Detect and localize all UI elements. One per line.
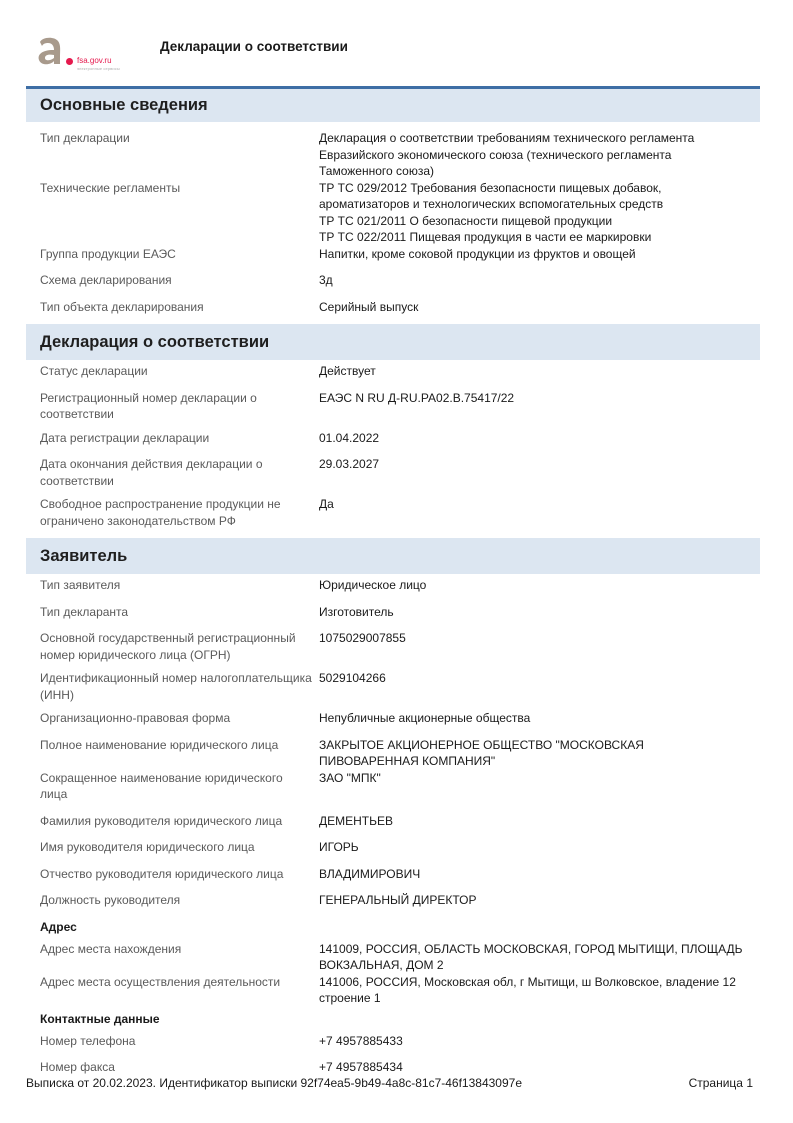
field-free-distribution: Свободное распространение продукции не о… (26, 496, 760, 529)
page-header: fsa.gov.ru электронные сервисы Деклараци… (0, 0, 793, 86)
field-legal-address: Адрес места нахождения 141009, РОССИЯ, О… (26, 941, 760, 974)
field-declaration-scheme: Схема декларирования 3д (26, 272, 760, 289)
field-value: Изготовитель (319, 604, 760, 621)
field-label: Статус декларации (26, 363, 319, 380)
logo-dot-icon (66, 58, 73, 65)
field-head-position: Должность руководителя ГЕНЕРАЛЬНЫЙ ДИРЕК… (26, 892, 760, 909)
address-subheader: Адрес (26, 919, 760, 935)
field-legal-form: Организационно-правовая форма Непубличны… (26, 710, 760, 727)
fsa-logo: fsa.gov.ru электронные сервисы (36, 36, 132, 72)
field-value: ЗАО "МПК" (319, 770, 760, 803)
field-value: ЕАЭС N RU Д-RU.РА02.В.75417/22 (319, 390, 760, 423)
field-label: Группа продукции ЕАЭС (26, 246, 319, 263)
field-label: Свободное распространение продукции не о… (26, 496, 319, 529)
page-footer: Выписка от 20.02.2023. Идентификатор вып… (26, 1076, 753, 1090)
extract-info: Выписка от 20.02.2023. Идентификатор вып… (26, 1076, 522, 1090)
field-label: Тип объекта декларирования (26, 299, 319, 316)
field-value: 5029104266 (319, 670, 760, 703)
field-label: Тип декларанта (26, 604, 319, 621)
field-label: Адрес места осуществления деятельности (26, 974, 319, 1007)
field-value: Декларация о соответствии требованиям те… (319, 130, 760, 180)
field-label: Должность руководителя (26, 892, 319, 909)
field-object-type: Тип объекта декларирования Серийный выпу… (26, 299, 760, 316)
field-value: 1075029007855 (319, 630, 760, 663)
field-value: Напитки, кроме соковой продукции из фрук… (319, 246, 760, 263)
field-label: Адрес места нахождения (26, 941, 319, 974)
field-ogrn: Основной государственный регистрационный… (26, 630, 760, 663)
section-applicant-header: Заявитель (26, 538, 760, 574)
field-label: Идентификационный номер налогоплательщик… (26, 670, 319, 703)
field-value: 141006, РОССИЯ, Московская обл, г Мытищи… (319, 974, 760, 1007)
field-label: Тип заявителя (26, 577, 319, 594)
field-label: Имя руководителя юридического лица (26, 839, 319, 856)
section-basic-info-header: Основные сведения (26, 86, 760, 122)
field-value: 3д (319, 272, 760, 289)
regulation-item: ТР ТС 029/2012 Требования безопасности п… (319, 180, 746, 213)
contacts-subheader: Контактные данные (26, 1011, 760, 1027)
logo-subtitle: электронные сервисы (77, 66, 120, 71)
logo-site-text: fsa.gov.ru (77, 56, 112, 66)
field-label: Сокращенное наименование юридического ли… (26, 770, 319, 803)
fsa-logo-mark-icon (36, 36, 64, 66)
field-label: Дата регистрации декларации (26, 430, 319, 447)
field-label: Номер факса (26, 1059, 319, 1076)
field-label: Технические регламенты (26, 180, 319, 246)
field-value: +7 4957885434 (319, 1059, 760, 1076)
field-label: Отчество руководителя юридического лица (26, 866, 319, 883)
field-value: 01.04.2022 (319, 430, 760, 447)
field-head-surname: Фамилия руководителя юридического лица Д… (26, 813, 760, 830)
field-short-name: Сокращенное наименование юридического ли… (26, 770, 760, 803)
field-declaration-type: Тип декларации Декларация о соответствии… (26, 130, 760, 180)
field-applicant-type: Тип заявителя Юридическое лицо (26, 577, 760, 594)
field-label: Фамилия руководителя юридического лица (26, 813, 319, 830)
field-value: Серийный выпуск (319, 299, 760, 316)
field-full-name: Полное наименование юридического лица ЗА… (26, 737, 760, 770)
field-value: +7 4957885433 (319, 1033, 760, 1050)
field-declaration-status: Статус декларации Действует (26, 363, 760, 380)
field-activity-address: Адрес места осуществления деятельности 1… (26, 974, 760, 1007)
field-phone: Номер телефона +7 4957885433 (26, 1033, 760, 1050)
field-value: Непубличные акционерные общества (319, 710, 760, 727)
field-value: ГЕНЕРАЛЬНЫЙ ДИРЕКТОР (319, 892, 760, 909)
field-technical-regulations: Технические регламенты ТР ТС 029/2012 Тр… (26, 180, 760, 246)
field-inn: Идентификационный номер налогоплательщик… (26, 670, 760, 703)
document-body: Основные сведения Тип декларации Деклара… (26, 86, 760, 1076)
field-value: ЗАКРЫТОЕ АКЦИОНЕРНОЕ ОБЩЕСТВО "МОСКОВСКА… (319, 737, 760, 770)
regulation-item: ТР ТС 021/2011 О безопасности пищевой пр… (319, 213, 746, 230)
field-value: Да (319, 496, 760, 529)
field-value: 29.03.2027 (319, 456, 760, 489)
field-registration-number: Регистрационный номер декларации о соотв… (26, 390, 760, 423)
field-label: Схема декларирования (26, 272, 319, 289)
status-badge: Действует (319, 363, 760, 380)
regulation-item: ТР ТС 022/2011 Пищевая продукция в части… (319, 229, 746, 246)
field-label: Основной государственный регистрационный… (26, 630, 319, 663)
field-value: Юридическое лицо (319, 577, 760, 594)
section-declaration-header: Декларация о соответствии (26, 324, 760, 360)
field-label: Регистрационный номер декларации о соотв… (26, 390, 319, 423)
field-label: Дата окончания действия декларации о соо… (26, 456, 319, 489)
field-label: Организационно-правовая форма (26, 710, 319, 727)
field-registration-date: Дата регистрации декларации 01.04.2022 (26, 430, 760, 447)
field-head-patronymic: Отчество руководителя юридического лица … (26, 866, 760, 883)
field-expiry-date: Дата окончания действия декларации о соо… (26, 456, 760, 489)
page-number: Страница 1 (689, 1076, 753, 1090)
field-value: ВЛАДИМИРОВИЧ (319, 866, 760, 883)
document-title: Декларации о соответствии (160, 39, 348, 54)
field-value: ТР ТС 029/2012 Требования безопасности п… (319, 180, 760, 246)
field-declarant-type: Тип декларанта Изготовитель (26, 604, 760, 621)
field-label: Тип декларации (26, 130, 319, 180)
field-value: ДЕМЕНТЬЕВ (319, 813, 760, 830)
field-value: ИГОРЬ (319, 839, 760, 856)
field-product-group: Группа продукции ЕАЭС Напитки, кроме сок… (26, 246, 760, 263)
field-label: Полное наименование юридического лица (26, 737, 319, 770)
field-head-name: Имя руководителя юридического лица ИГОРЬ (26, 839, 760, 856)
field-label: Номер телефона (26, 1033, 319, 1050)
field-fax: Номер факса +7 4957885434 (26, 1059, 760, 1076)
field-value: 141009, РОССИЯ, ОБЛАСТЬ МОСКОВСКАЯ, ГОРО… (319, 941, 760, 974)
